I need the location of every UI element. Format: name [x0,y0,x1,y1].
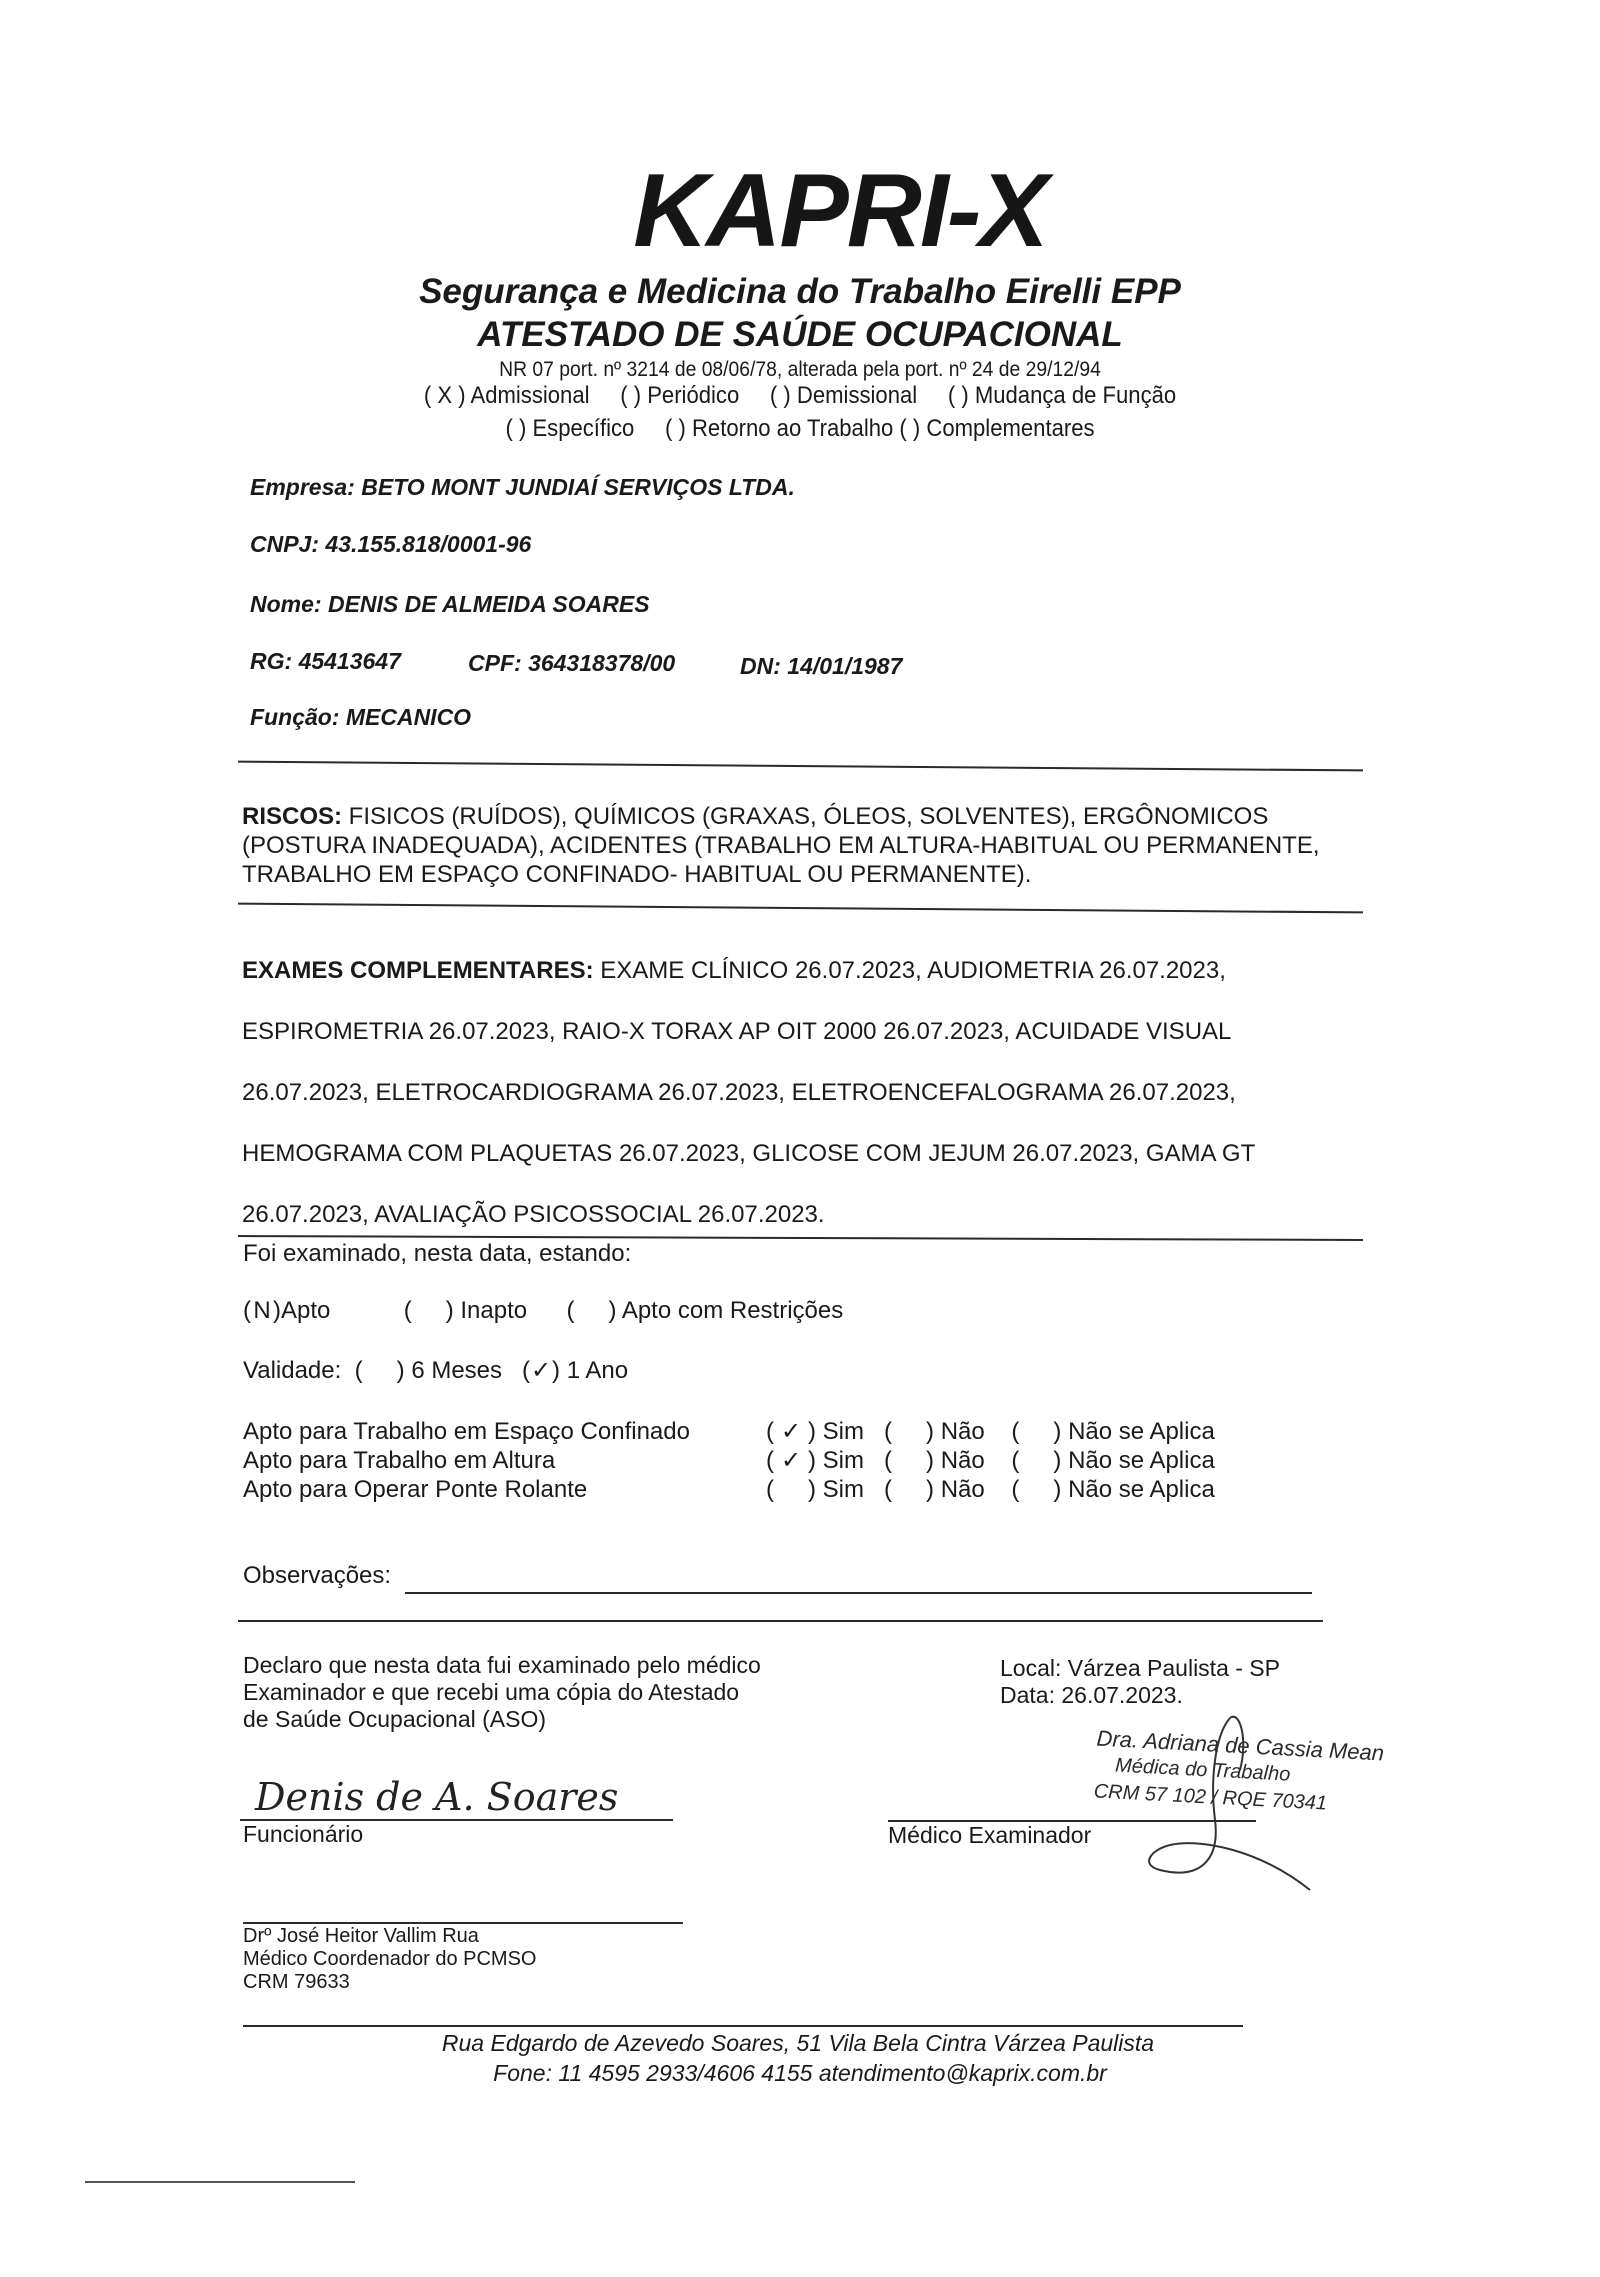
aptidoes-table: Apto para Trabalho em Espaço Confinado(✓… [243,1417,1215,1504]
coordenador-title: Médico Coordenador do PCMSO [243,1948,536,1971]
divider [238,903,1363,914]
coordenador: Drº José Heitor Vallim Rua Médico Coorde… [243,1925,536,1994]
riscos-section: RISCOS: FISICOS (RUÍDOS), QUÍMICOS (GRAX… [242,802,1362,889]
dn-value: 14/01/1987 [787,653,902,679]
exames-section: EXAMES COMPLEMENTARES: EXAME CLÍNICO 26.… [242,940,1382,1245]
exam-type-periodico: ( ) Periódico [620,382,739,409]
funcionario-label: Funcionário [243,1821,363,1848]
aptidao-row-altura: Apto para Trabalho em Altura(✓) Sim ( ) … [243,1446,1215,1475]
nome-field: Nome: DENIS DE ALMEIDA SOARES [250,591,650,618]
medico-examinador-label: Médico Examinador [888,1822,1091,1849]
riscos-text: FISICOS (RUÍDOS), QUÍMICOS (GRAXAS, ÓLEO… [242,803,1320,888]
exam-type-admissional: ( X ) Admissional [424,382,590,409]
footer-contact: Fone: 11 4595 2933/4606 4155 atendimento… [0,2060,1600,2087]
cnpj-value: 43.155.818/0001-96 [325,531,531,557]
footer-address: Rua Edgardo de Azevedo Soares, 51 Vila B… [0,2030,1598,2057]
document-title: ATESTADO DE SAÚDE OCUPACIONAL [0,315,1600,355]
exam-type-row-1: ( X ) Admissional ( ) Periódico ( ) Demi… [64,382,1536,410]
empresa-field: Empresa: BETO MONT JUNDIAÍ SERVIÇOS LTDA… [250,474,795,501]
coordenador-name: Drº José Heitor Vallim Rua [243,1925,536,1948]
cnpj-field: CNPJ: 43.155.818/0001-96 [250,531,531,558]
footer-divider [243,2025,1243,2027]
funcao-field: Função: MECANICO [250,704,471,731]
cpf-field: CPF: 364318378/00 [468,650,675,677]
observacoes-line [238,1620,1323,1622]
validade-row: Validade: ( ) 6 Meses (✓) 1 Ano [243,1356,628,1385]
exam-type-complementares: ( ) Complementares [899,415,1094,442]
exam-type-demissional: ( ) Demissional [770,382,917,409]
nome-value: DENIS DE ALMEIDA SOARES [328,591,650,617]
result-apto-restricoes: ( ) Apto com Restrições [566,1297,843,1324]
cpf-value: 364318378/00 [528,650,675,676]
dn-field: DN: 14/01/1987 [740,653,902,680]
exames-line: 26.07.2023, ELETROCARDIOGRAMA 26.07.2023… [242,1062,1382,1123]
exames-label: EXAMES COMPLEMENTARES: [242,957,594,984]
observacoes-label: Observações: [243,1562,391,1590]
exam-type-retorno: ( ) Retorno ao Trabalho [665,415,893,442]
divider [238,761,1363,772]
bottom-line [85,2181,355,2183]
observacoes-line [405,1592,1312,1594]
riscos-label: RISCOS: [242,803,342,830]
doctor-signature-scribble [1080,1700,1340,1900]
employee-signature: Denis de A. Soares [255,1775,618,1819]
exam-type-row-2: ( ) Específico ( ) Retorno ao Trabalho (… [64,415,1536,443]
coordenador-signature-line [243,1922,683,1924]
regulation-text: NR 07 port. nº 3214 de 08/06/78, alterad… [64,358,1536,382]
aptidao-row-espaco-confinado: Apto para Trabalho em Espaço Confinado(✓… [243,1417,1215,1446]
exames-line: ESPIROMETRIA 26.07.2023, RAIO-X TORAX AP… [242,1001,1382,1062]
aptidao-row-ponte-rolante: Apto para Operar Ponte Rolante( ) Sim ( … [243,1475,1215,1504]
result-apto: (N)Apto [243,1297,330,1324]
result-inapto: ( ) Inapto [404,1297,527,1324]
exam-type-especifico: ( ) Específico [505,415,634,442]
coordenador-crm: CRM 79633 [243,1971,536,1994]
funcao-value: MECANICO [346,704,471,730]
company-logo: KAPRI-X [40,152,1600,271]
validade-label: Validade: [243,1357,341,1384]
empresa-value: BETO MONT JUNDIAÍ SERVIÇOS LTDA. [361,474,795,500]
local-value: Local: Várzea Paulista - SP [1000,1655,1280,1682]
validade-1-ano: (✓) 1 Ano [522,1357,628,1384]
rg-field: RG: 45413647 [250,648,401,675]
exames-line: HEMOGRAMA COM PLAQUETAS 26.07.2023, GLIC… [242,1123,1382,1184]
company-subtitle: Segurança e Medicina do Trabalho Eirelli… [0,272,1600,312]
validade-6-meses: ( ) 6 Meses [348,1357,502,1384]
exames-line: EXAMES COMPLEMENTARES: EXAME CLÍNICO 26.… [242,940,1382,1001]
declaracao: Declaro que nesta data fui examinado pel… [243,1652,761,1733]
rg-value: 45413647 [299,648,401,674]
result-intro: Foi examinado, nesta data, estando: [243,1240,631,1268]
exam-type-mudanca-funcao: ( ) Mudança de Função [948,382,1176,409]
result-options: (N)Apto ( ) Inapto ( ) Apto com Restriçõ… [243,1297,1143,1325]
